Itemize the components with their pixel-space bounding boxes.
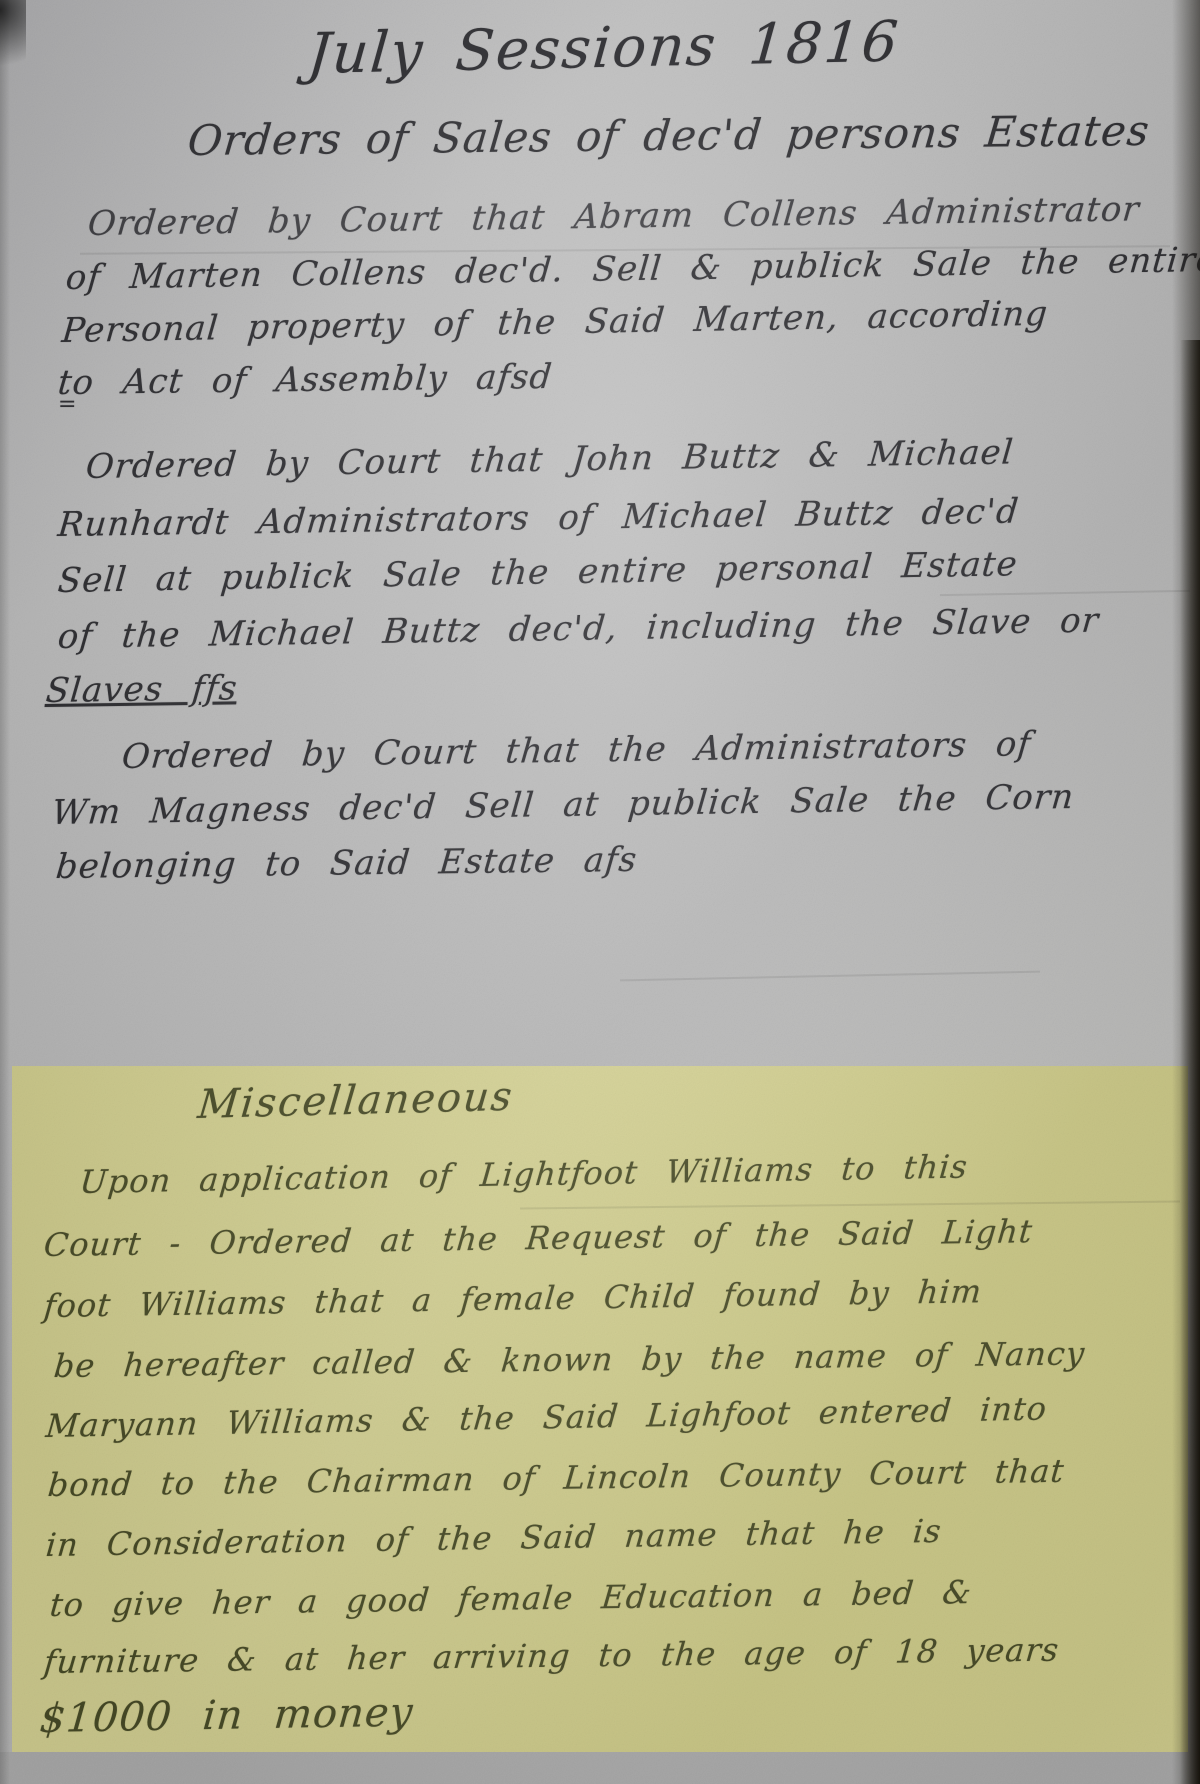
order-2-line-1: Ordered by Court that John Buttz & Micha… <box>84 432 1015 487</box>
left-edge-shadow <box>0 0 10 1784</box>
order-3-line-2: Wm Magness dec'd Sell at publick Sale th… <box>50 777 1076 833</box>
order-3-line-3: belonging to Said Estate afs <box>54 840 639 887</box>
document-title: July Sessions 1816 <box>305 10 902 88</box>
order-3-line-1: Ordered by Court that the Administrators… <box>120 724 1033 777</box>
order-1-line-3: Personal property of the Said Marten, ac… <box>60 294 1050 351</box>
order-2-line-2: Runhardt Administrators of Michael Buttz… <box>56 492 1021 545</box>
order-2-line-3: Sell at publick Sale the entire personal… <box>56 544 1019 601</box>
scratch-line <box>620 971 1040 982</box>
corner-smudge <box>0 0 26 80</box>
order-1-line-1: Ordered by Court that Abram Collens Admi… <box>86 189 1141 244</box>
order-2-line-5: Slaves ffs <box>44 668 239 711</box>
misc-heading: Miscellaneous <box>196 1074 516 1128</box>
margin-mark: = <box>58 392 77 417</box>
order-2-line-4: of the Michael Buttz dec'd, including th… <box>56 601 1101 657</box>
section-heading: Orders of Sales of dec'd persons Estates <box>186 106 1152 165</box>
order-1-line-2: of Marten Collens dec'd. Sell & publick … <box>64 240 1200 298</box>
misc-line-10: $1000 in money <box>38 1689 415 1742</box>
book-spine-shadow-lower <box>1180 340 1200 1784</box>
page-bottom-margin <box>0 1752 1200 1784</box>
order-1-line-4: to Act of Assembly afsd <box>56 357 554 403</box>
scratch-line <box>940 590 1190 596</box>
scanned-page: July Sessions 1816 Orders of Sales of de… <box>0 0 1200 1784</box>
